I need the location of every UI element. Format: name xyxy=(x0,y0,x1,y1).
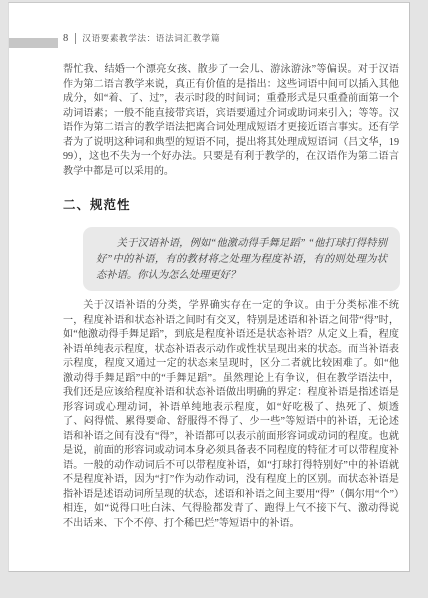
discussion-question-box: 关于汉语补语，例如“他激动得手舞足蹈” “他打球打得特别好”中的补语，有的教材将… xyxy=(83,227,400,291)
header-divider xyxy=(75,33,76,44)
book-title: 汉语要素教学法：语法词汇教学篇 xyxy=(82,32,220,44)
running-header: 8 汉语要素教学法：语法词汇教学篇 xyxy=(63,32,220,44)
discussion-question-text: 关于汉语补语，例如“他激动得手舞足蹈” “他打球打得特别好”中的补语，有的教材将… xyxy=(96,236,387,283)
body-paragraph-2: 关于汉语补语的分类，学界确实存在一定的争议。由于分类标准不统一，程度补语和状态补… xyxy=(63,299,399,531)
page-margin-tab xyxy=(9,38,58,48)
body-paragraph-1: 帮忙我、结婚一个漂亮女孩、散步了一会儿、游泳游泳”等偏误。对于汉语作为第二语言教… xyxy=(63,63,399,179)
page-number: 8 xyxy=(63,33,68,44)
book-page: 8 汉语要素教学法：语法词汇教学篇 帮忙我、结婚一个漂亮女孩、散步了一会儿、游泳… xyxy=(8,2,410,572)
section-heading: 二、规范性 xyxy=(63,195,131,213)
